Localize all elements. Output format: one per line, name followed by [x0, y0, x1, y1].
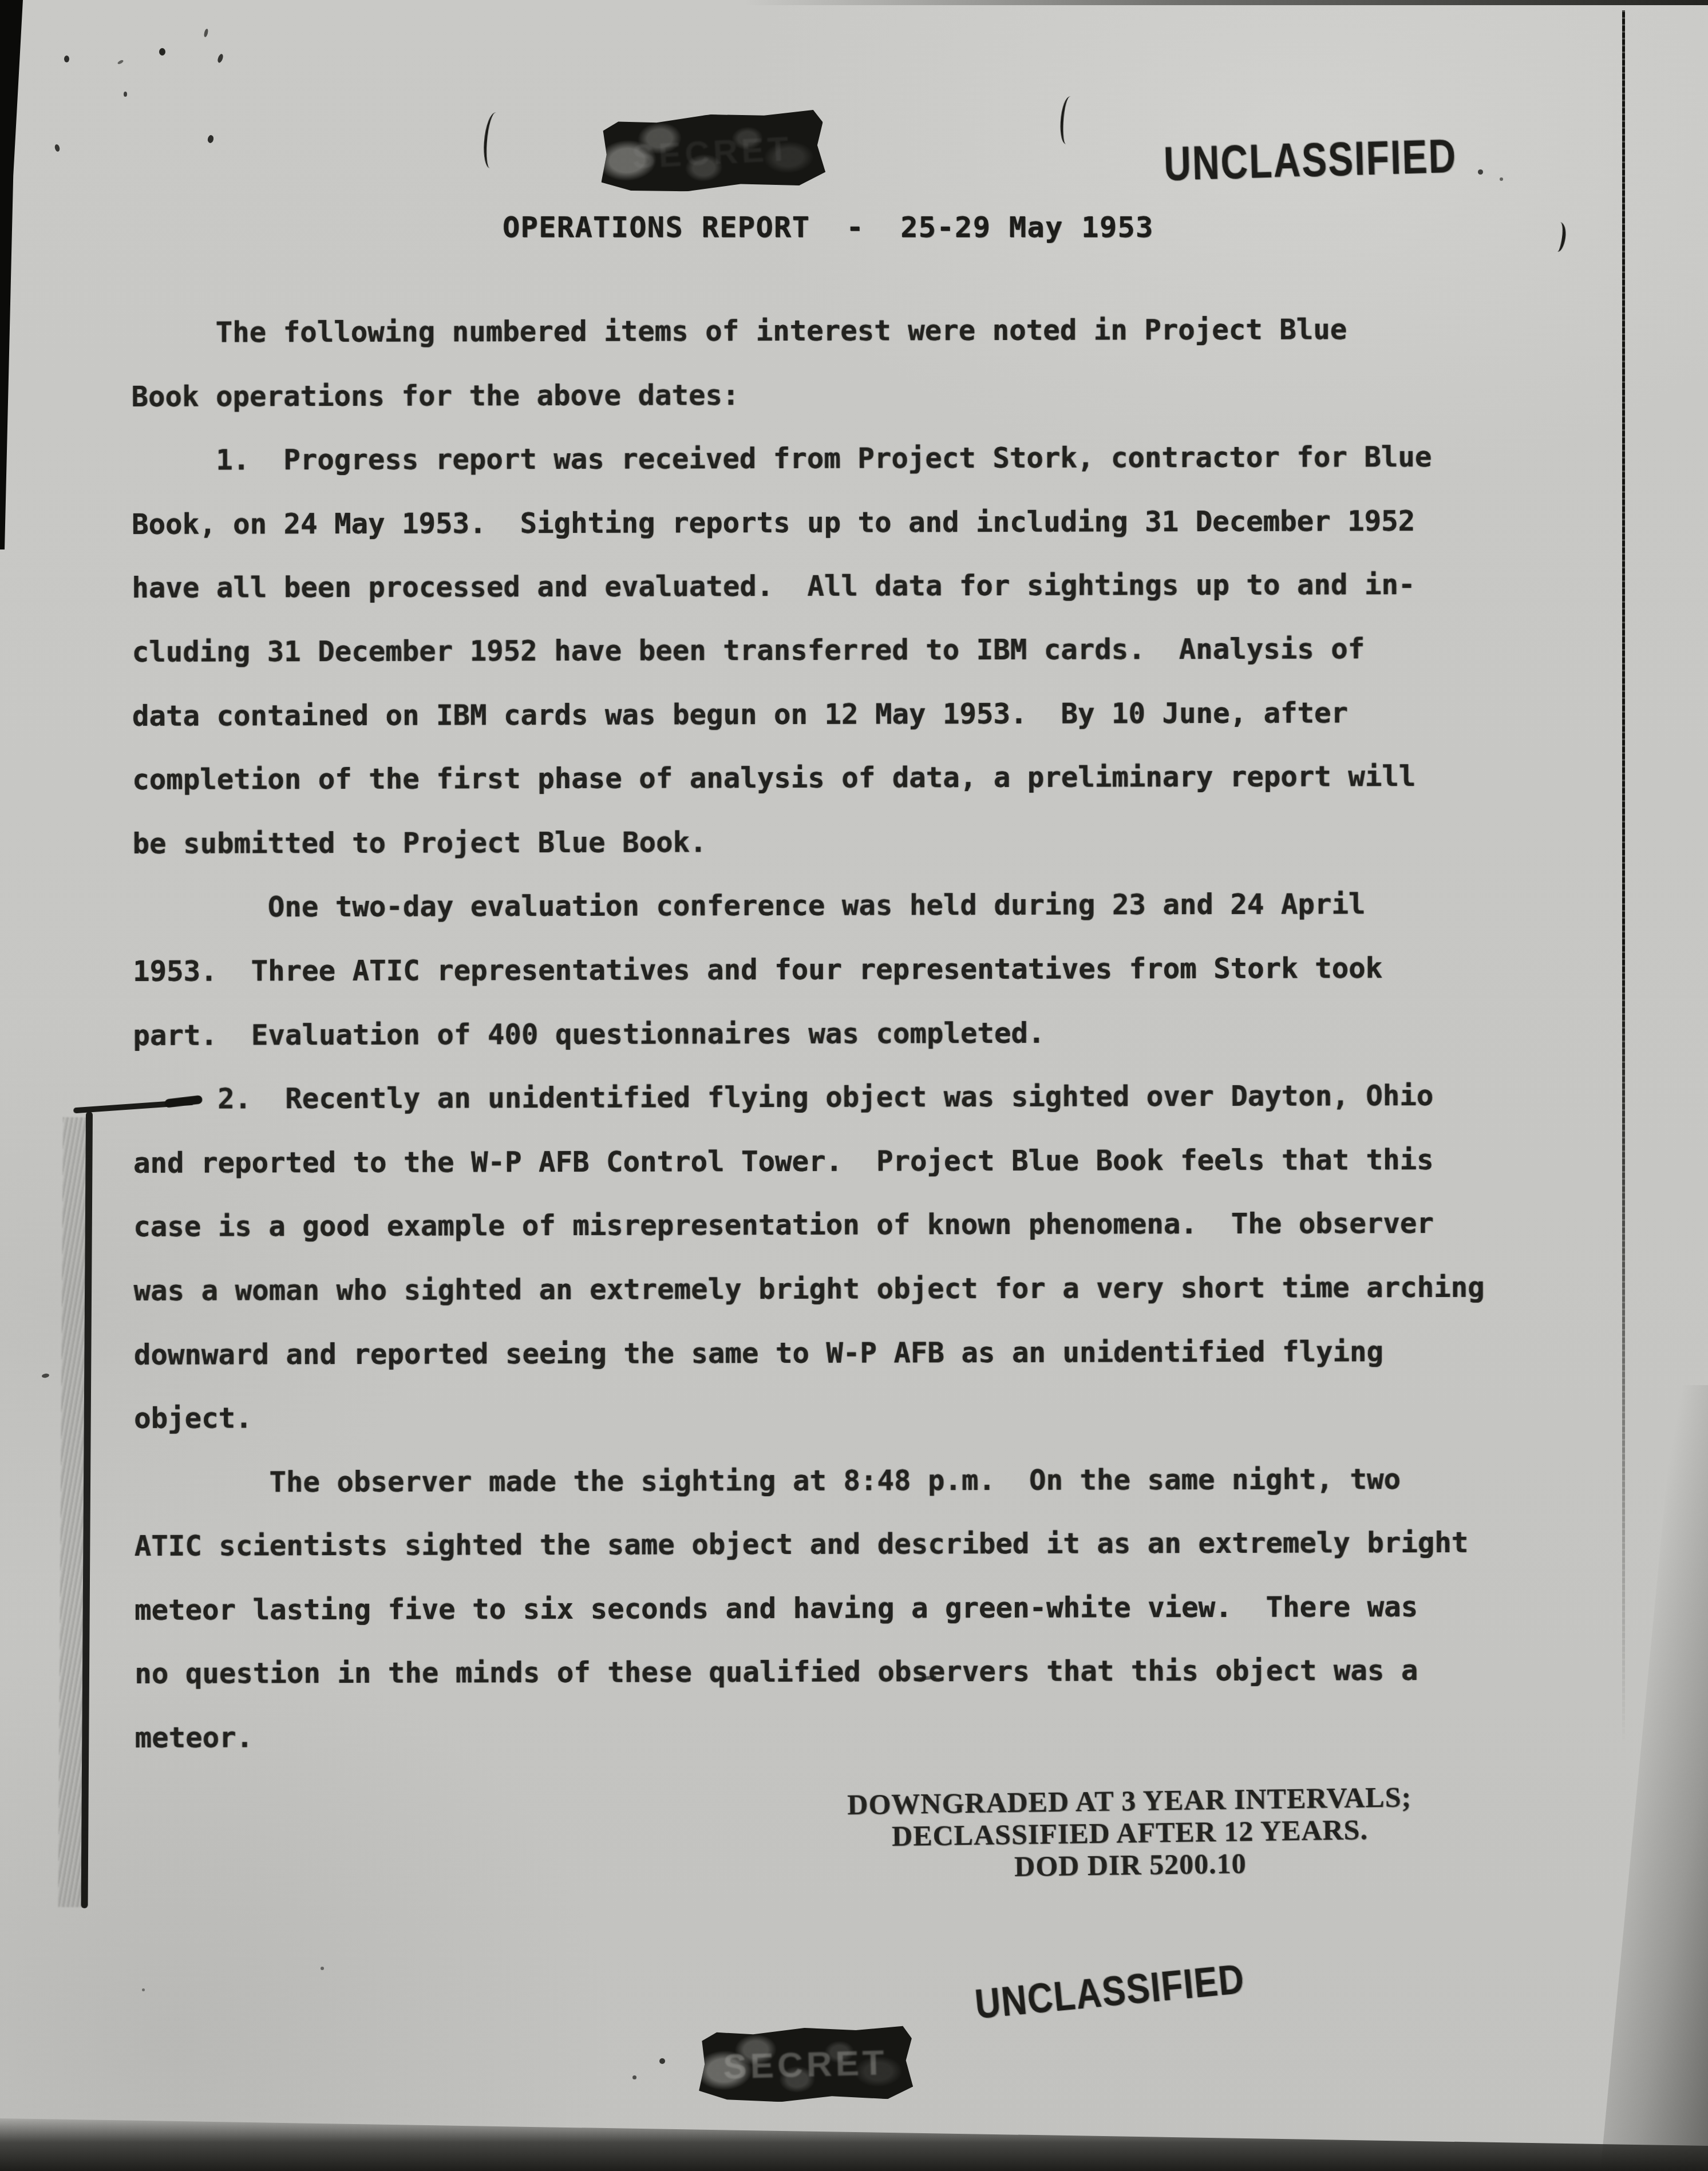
pen-arc-mark: [1550, 222, 1567, 253]
downgrade-stamp: DOWNGRADED AT 3 YEAR INTERVALS; DECLASSI…: [813, 1780, 1446, 1885]
secret-stamp-top-label: SECRET: [631, 128, 793, 176]
ink-speck: [321, 1967, 324, 1970]
ink-speck: [117, 60, 124, 65]
ink-speck: [54, 144, 60, 152]
secret-stamp-bottom-label: SECRET: [722, 2042, 888, 2087]
ink-speck: [159, 48, 165, 56]
secret-stamp-top-redacted: SECRET: [598, 109, 826, 196]
report-title: OPERATIONS REPORT - 25-29 May 1953: [503, 211, 1154, 244]
pen-arc-mark: [483, 112, 503, 169]
scanned-document-page: SECRET UNCLASSIFIED OPERATIONS REPORT - …: [0, 0, 1708, 2171]
ink-speck: [124, 92, 127, 97]
ink-speck: [1478, 169, 1483, 175]
ink-speck: [217, 53, 224, 64]
secret-stamp-bottom-redacted: SECRET: [697, 2025, 913, 2104]
ink-speck: [64, 56, 69, 62]
unclassified-stamp-bottom: UNCLASSIFIED: [973, 1956, 1247, 2028]
unclassified-stamp-top: UNCLASSIFIED: [1163, 128, 1458, 192]
ink-speck: [632, 2075, 636, 2079]
ink-speck: [1500, 177, 1503, 181]
ink-speck: [142, 1988, 145, 1991]
report-body: The following numbered items of interest…: [131, 298, 1486, 1770]
pen-arc-mark: [1059, 96, 1076, 144]
scan-edge-left: [0, 0, 23, 549]
ink-speck: [207, 135, 215, 144]
ink-speck: [203, 28, 208, 37]
ink-speck: [659, 2058, 665, 2064]
ink-speck: [41, 1373, 49, 1378]
scratch-line-artifact: [1622, 10, 1625, 1745]
page-edge-shadow-right: [1594, 1385, 1708, 2171]
scan-edge-top: [744, 0, 1708, 5]
scan-edge-bottom: [0, 2114, 1708, 2171]
